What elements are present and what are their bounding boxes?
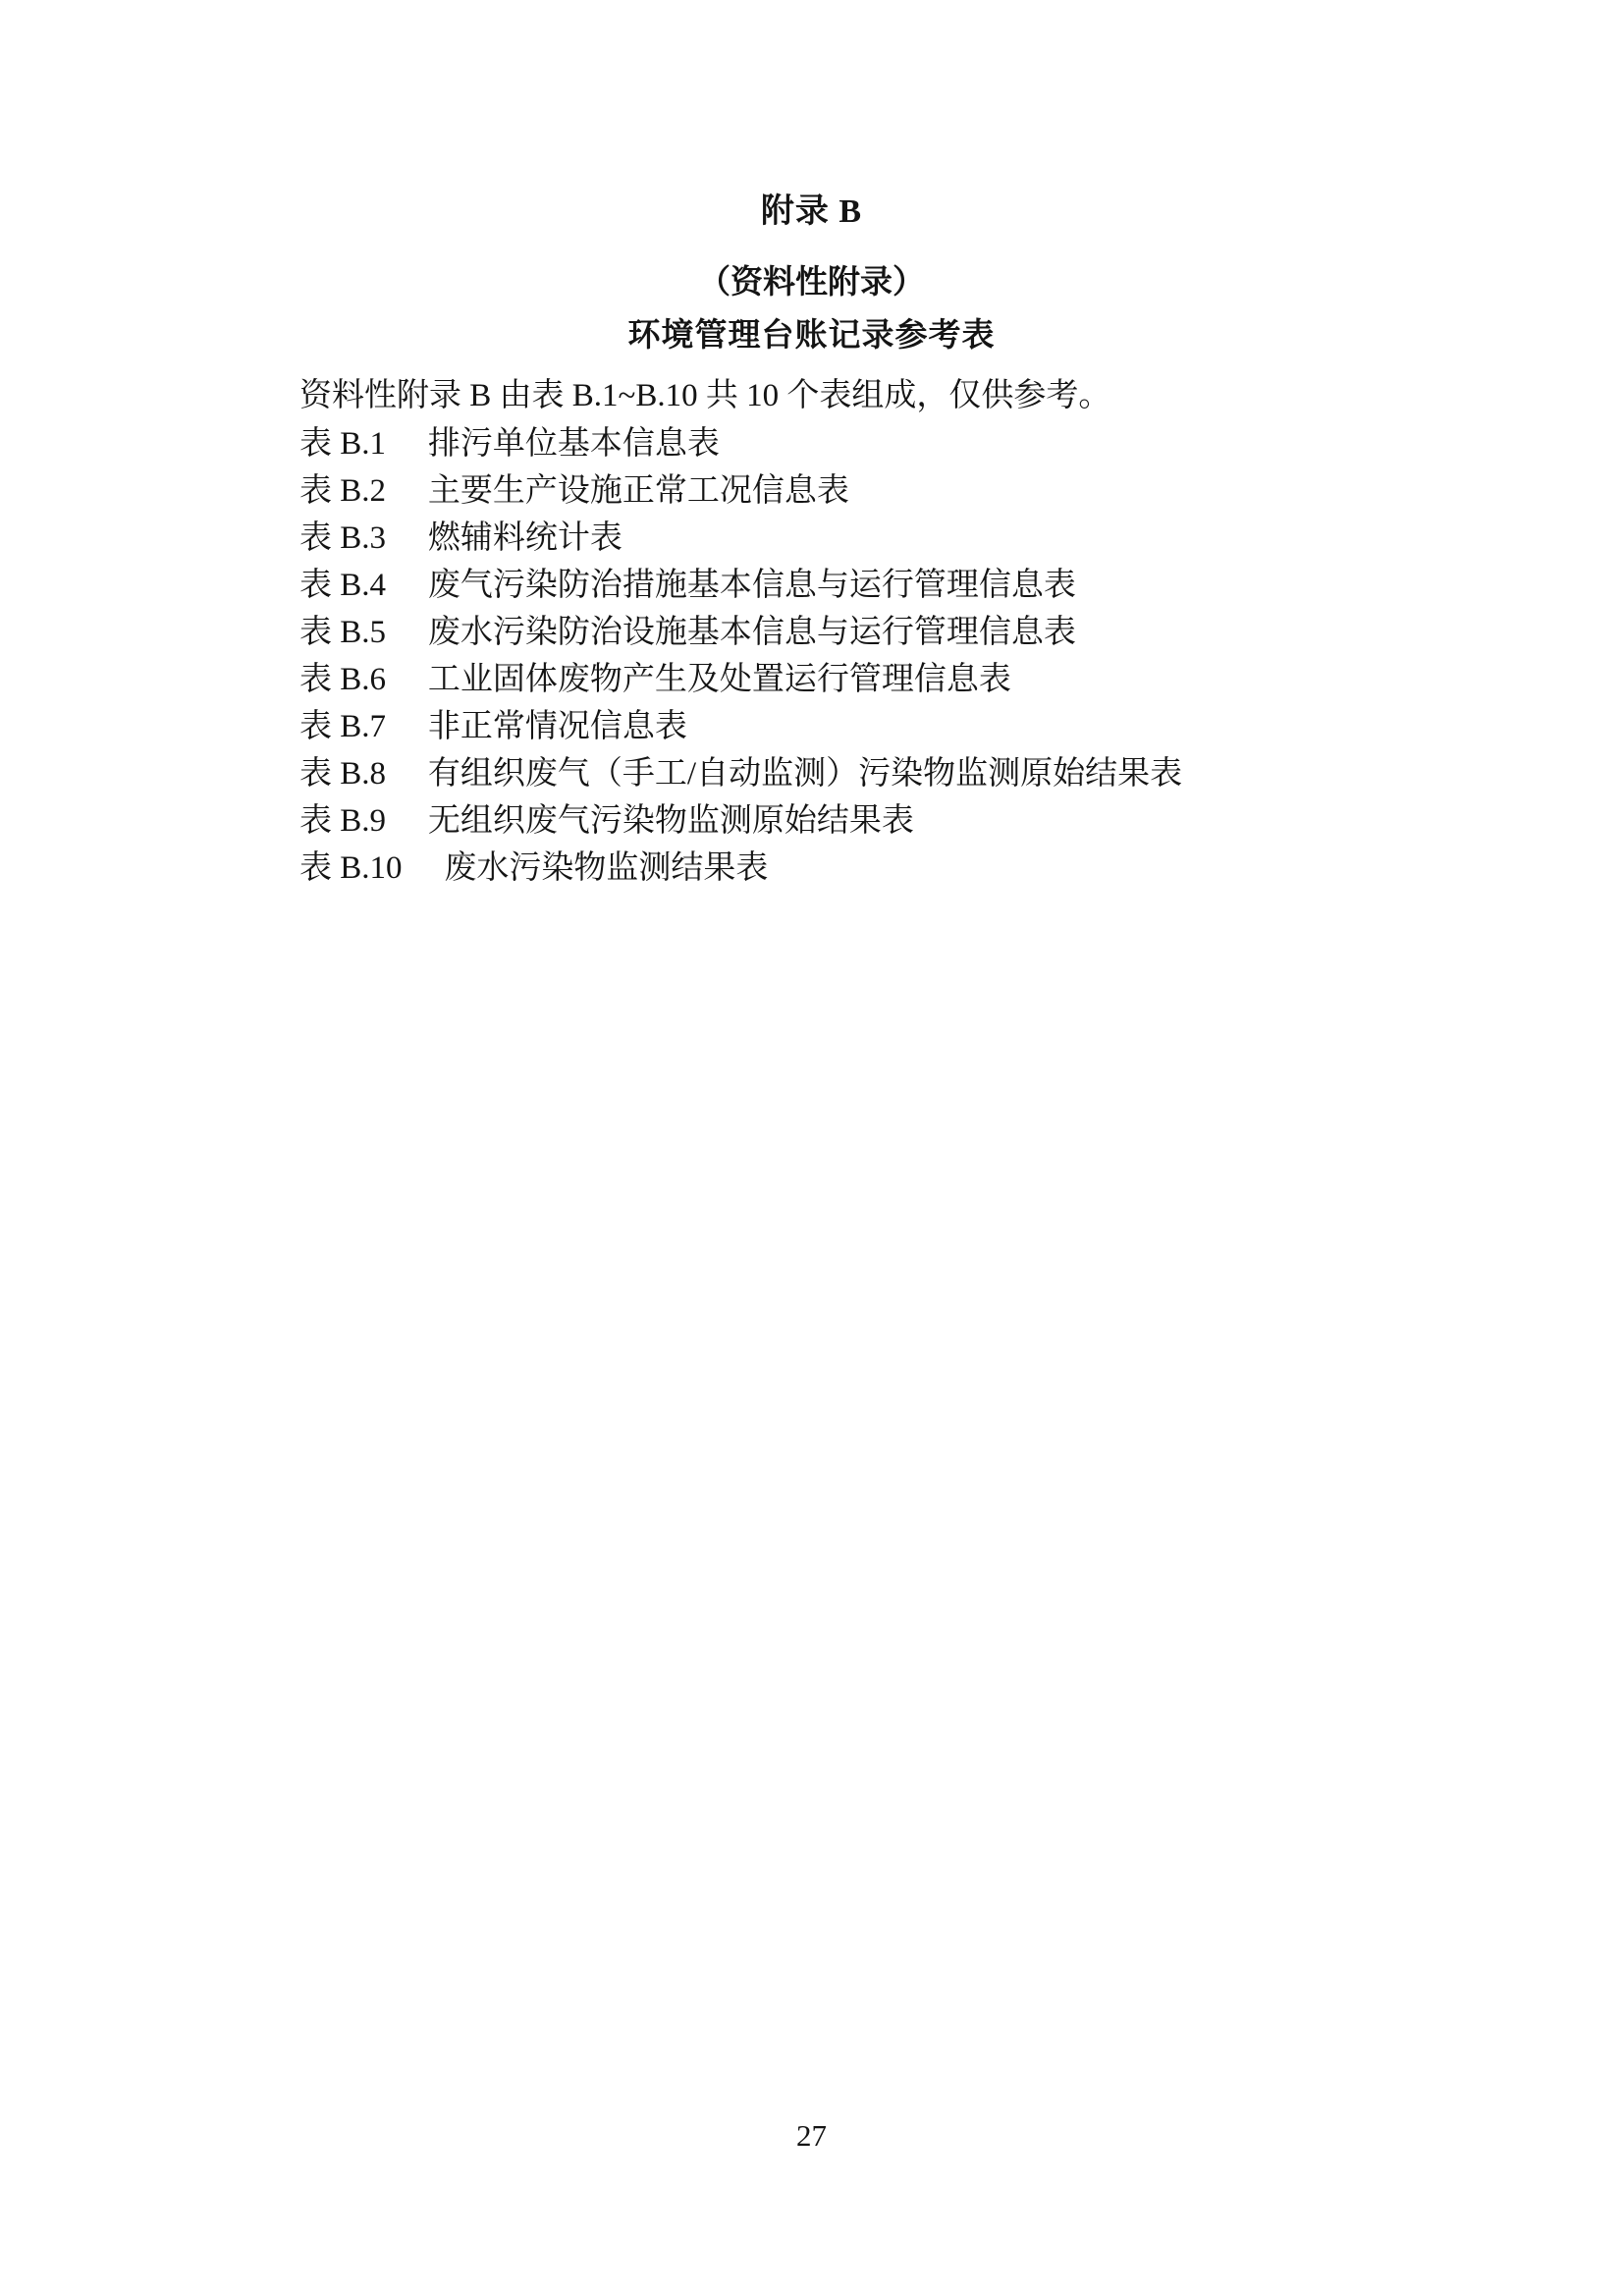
table-title: 排污单位基本信息表 (428, 420, 720, 467)
table-title: 废水污染防治设施基本信息与运行管理信息表 (428, 609, 1076, 656)
appendix-heading: 环境管理台账记录参考表 (299, 316, 1324, 355)
document-page: 附录 B （资料性附录） 环境管理台账记录参考表 资料性附录 B 由表 B.1~… (0, 0, 1623, 2296)
table-title: 非正常情况信息表 (428, 703, 687, 750)
table-list-item: 表 B.2 主要生产设施正常工况信息表 (299, 467, 1324, 515)
table-list-item: 表 B.9 无组织废气污染物监测原始结果表 (299, 797, 1324, 845)
table-label: 表 B.3 (299, 515, 386, 562)
appendix-content: 附录 B （资料性附录） 环境管理台账记录参考表 资料性附录 B 由表 B.1~… (299, 192, 1324, 892)
table-label: 表 B.7 (299, 703, 386, 750)
page-number: 27 (0, 2119, 1623, 2153)
table-label: 表 B.5 (299, 609, 386, 656)
table-list-item: 表 B.8 有组织废气（手工/自动监测）污染物监测原始结果表 (299, 750, 1324, 797)
table-title: 无组织废气污染物监测原始结果表 (428, 797, 914, 845)
table-list-item: 表 B.1 排污单位基本信息表 (299, 420, 1324, 467)
intro-paragraph: 资料性附录 B 由表 B.1~B.10 共 10 个表组成，仅供参考。 (299, 373, 1324, 418)
table-title: 有组织废气（手工/自动监测）污染物监测原始结果表 (428, 750, 1182, 797)
table-title: 废水污染物监测结果表 (444, 845, 768, 892)
table-label: 表 B.9 (299, 797, 386, 845)
table-list: 表 B.1 排污单位基本信息表 表 B.2 主要生产设施正常工况信息表 表 B.… (299, 420, 1324, 892)
table-list-item: 表 B.6 工业固体废物产生及处置运行管理信息表 (299, 656, 1324, 703)
table-title: 废气污染防治措施基本信息与运行管理信息表 (428, 562, 1076, 609)
table-title: 工业固体废物产生及处置运行管理信息表 (428, 656, 1011, 703)
table-title: 燃辅料统计表 (428, 515, 622, 562)
table-label: 表 B.6 (299, 656, 386, 703)
appendix-title: 附录 B (299, 192, 1324, 232)
table-list-item: 表 B.3 燃辅料统计表 (299, 515, 1324, 562)
table-list-item: 表 B.10 废水污染物监测结果表 (299, 845, 1324, 892)
table-list-item: 表 B.5 废水污染防治设施基本信息与运行管理信息表 (299, 609, 1324, 656)
table-label: 表 B.2 (299, 467, 386, 515)
table-title: 主要生产设施正常工况信息表 (428, 467, 849, 515)
table-list-item: 表 B.7 非正常情况信息表 (299, 703, 1324, 750)
table-label: 表 B.4 (299, 562, 386, 609)
appendix-subtitle: （资料性附录） (299, 263, 1324, 302)
table-label: 表 B.1 (299, 420, 386, 467)
table-label: 表 B.8 (299, 750, 386, 797)
table-label: 表 B.10 (299, 845, 403, 892)
table-list-item: 表 B.4 废气污染防治措施基本信息与运行管理信息表 (299, 562, 1324, 609)
